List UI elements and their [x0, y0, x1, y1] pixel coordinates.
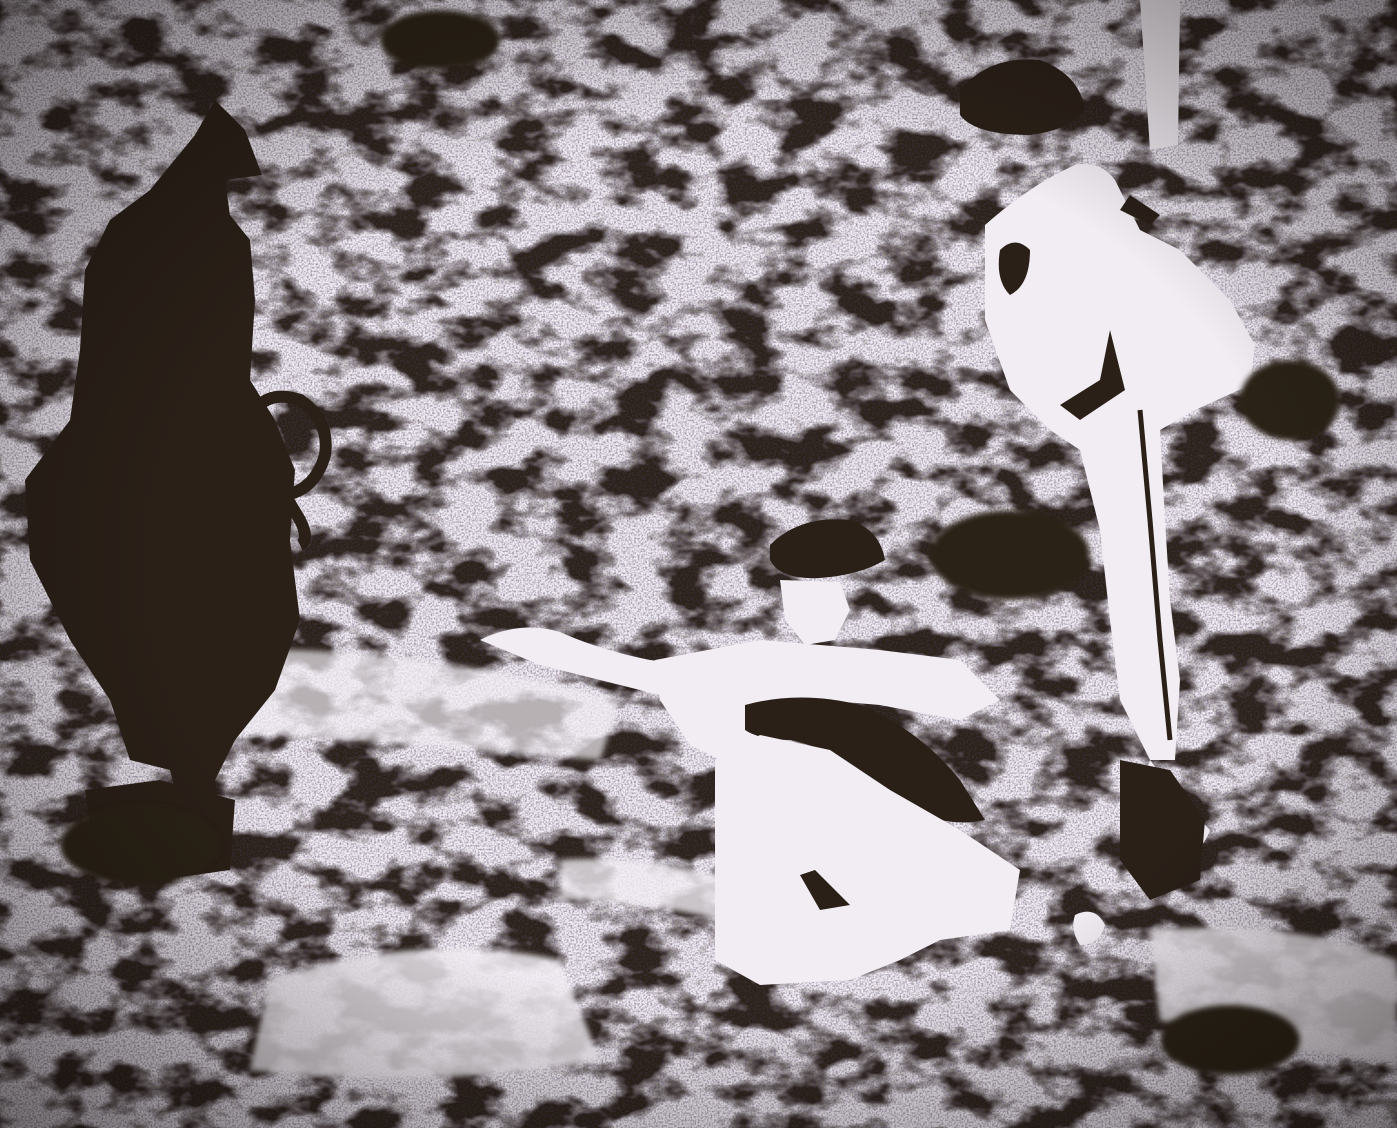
photograph: Vintage baseball photograph — [0, 0, 1397, 1128]
photo-canvas — [0, 0, 1397, 1128]
